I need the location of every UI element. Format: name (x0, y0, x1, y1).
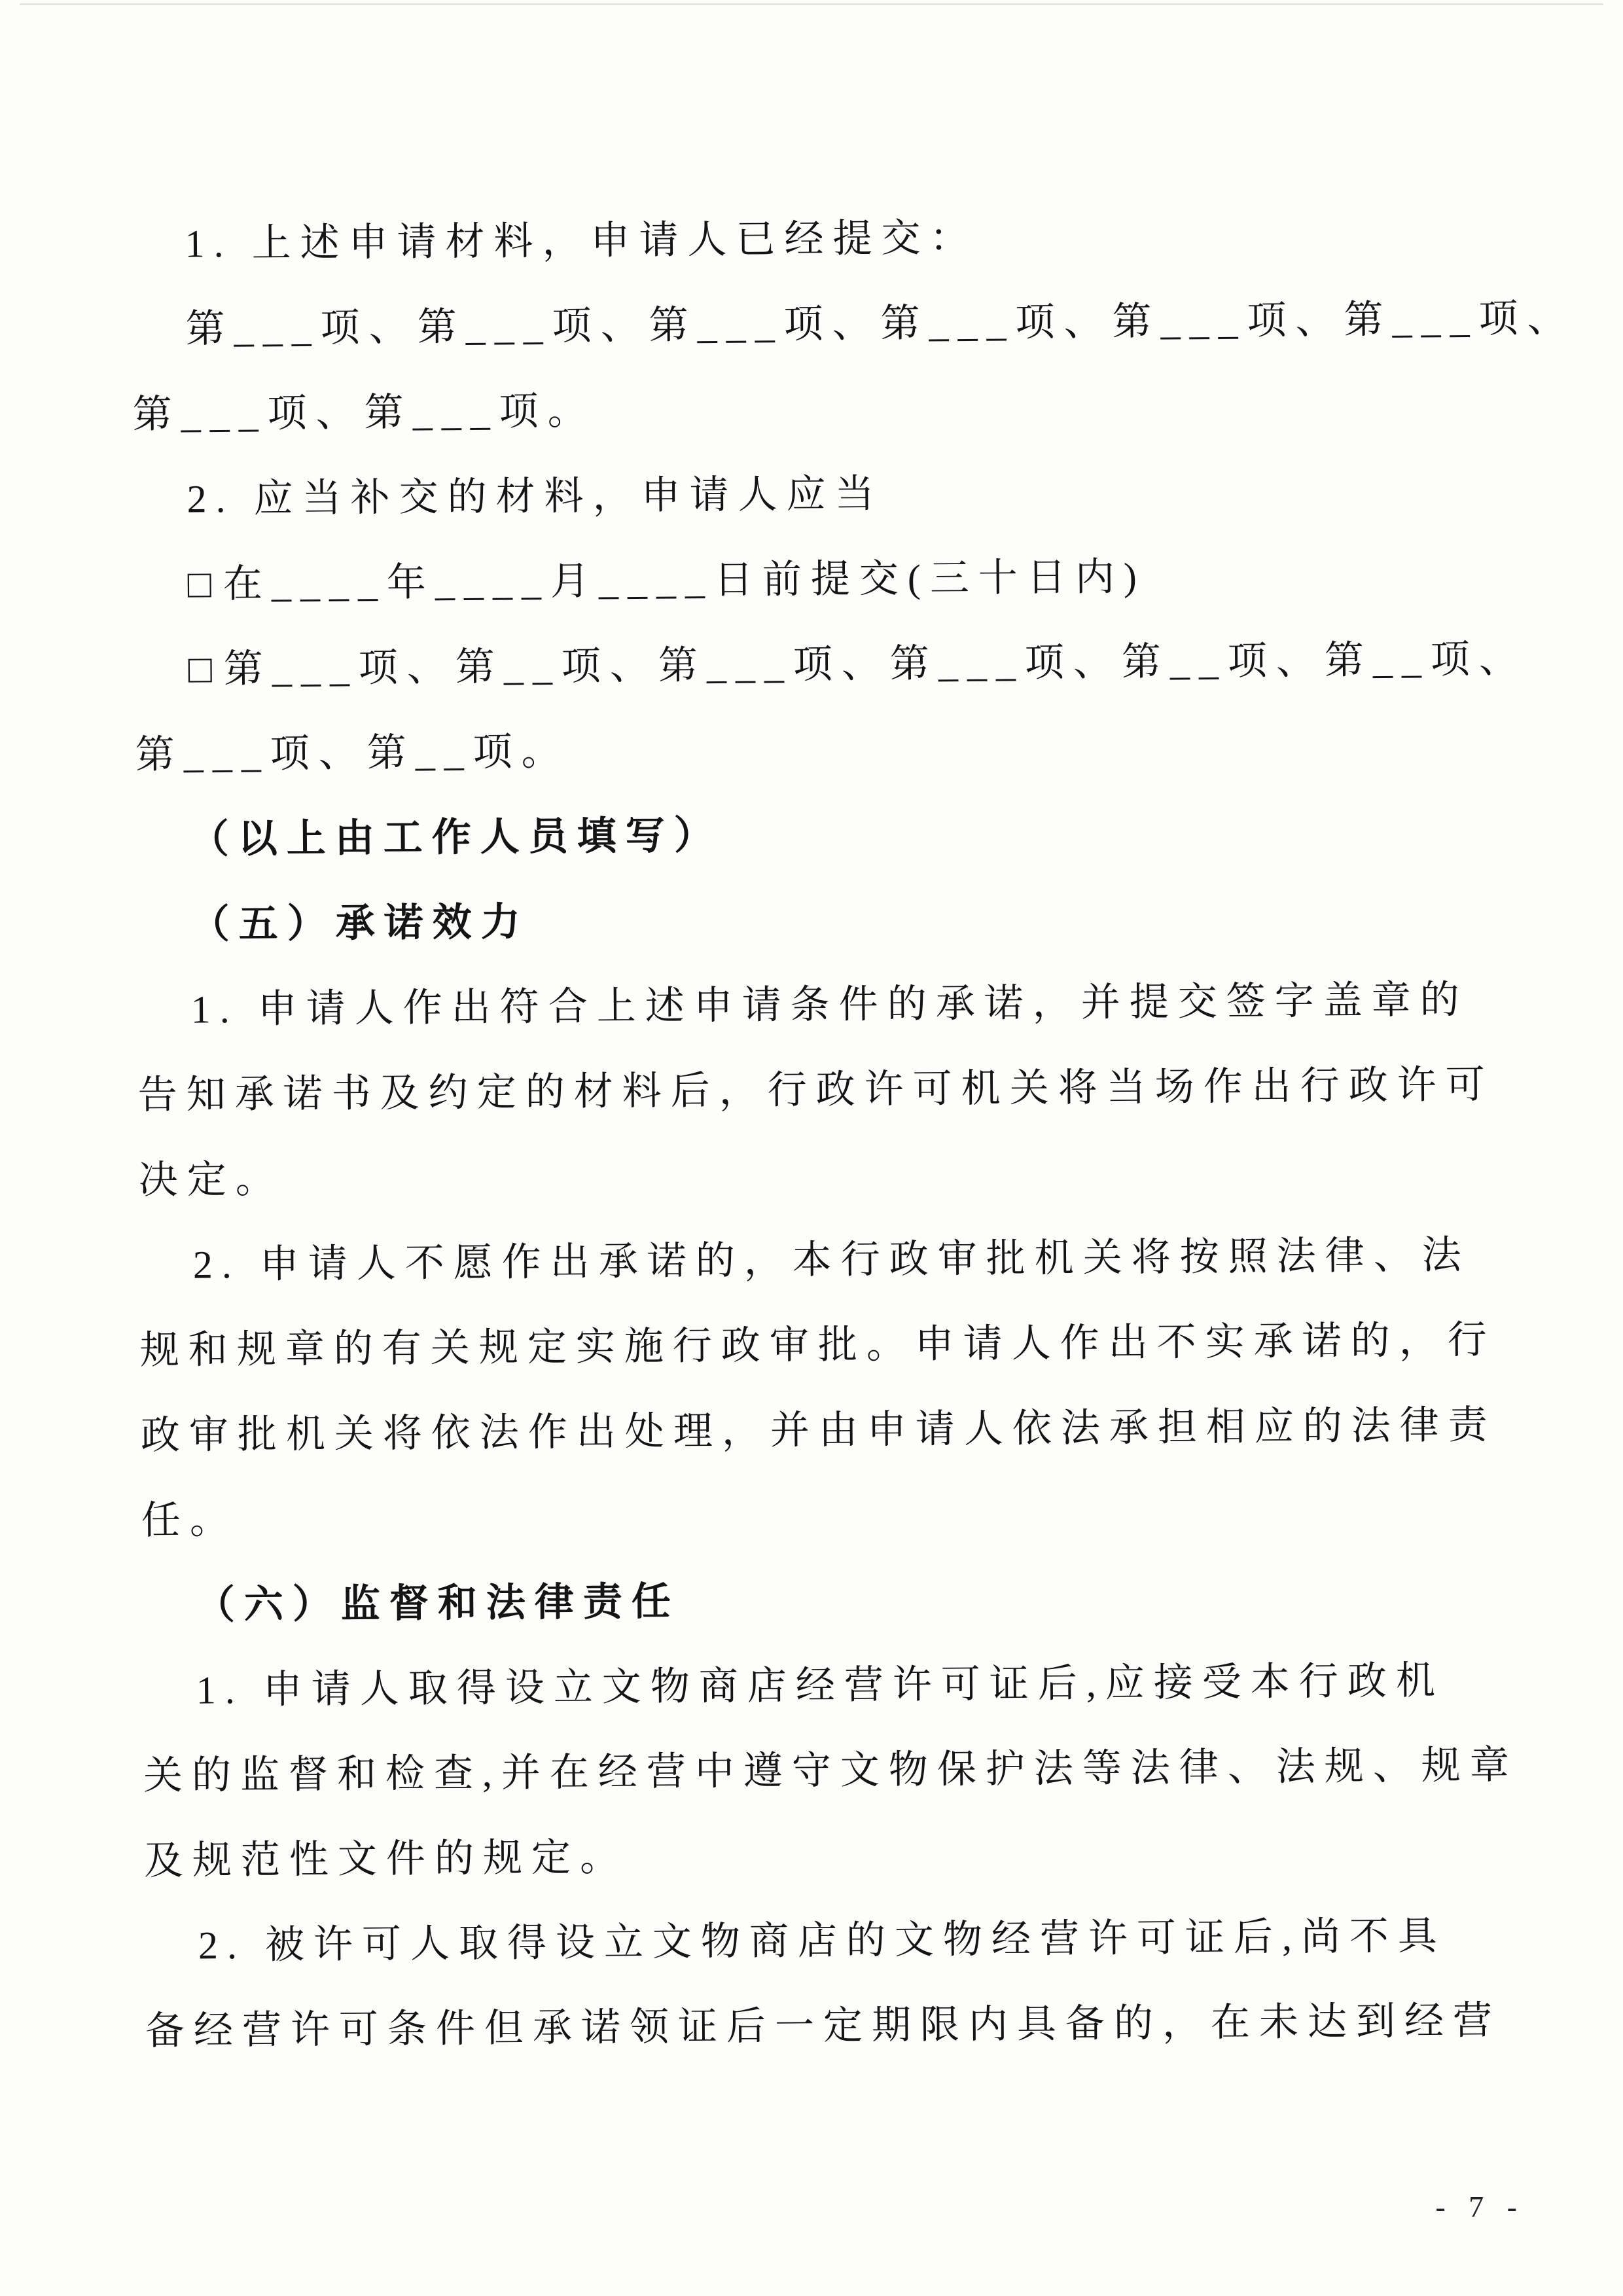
text-line: 政审批机关将依法作出处理，并由申请人依法承担相应的法律责 (140, 1382, 1522, 1479)
text-line: 1. 上述申请材料，申请人已经提交： (131, 191, 1512, 287)
line-text: 第___项、第__项、第___项、第___项、第__项、第__项、 (224, 637, 1527, 691)
text-line: □在____年____月____日前提交(三十日内) (134, 531, 1515, 628)
text-line: 2. 应当补交的材料，申请人应当 (133, 446, 1514, 543)
text-line: 2. 申请人不愿作出承诺的，本行政审批机关将按照法律、法 (139, 1212, 1520, 1308)
text-line: 第___项、第___项。 (132, 361, 1514, 457)
text-line: 关的监督和检查,并在经营中遵守文物保护法等法律、法规、规章 (143, 1723, 1524, 1819)
text-line: 第___项、第___项、第___项、第___项、第___项、第___项、 (132, 276, 1513, 372)
text-line: 及规范性文件的规定。 (143, 1808, 1525, 1904)
line-text: 在____年____月____日前提交(三十日内) (223, 555, 1146, 605)
page-number: - 7 - (1435, 2189, 1525, 2224)
document-body: 1. 上述申请材料，申请人已经提交：第___项、第___项、第___项、第___… (131, 191, 1526, 2073)
document-page: 1. 上述申请材料，申请人已经提交：第___项、第___项、第___项、第___… (0, 0, 1623, 2296)
checkbox-icon: □ (188, 626, 221, 711)
text-line: 第___项、第__项。 (135, 702, 1516, 798)
text-line: 1. 申请人作出符合上述申请条件的承诺，并提交签字盖章的 (137, 957, 1518, 1053)
text-line: 1. 申请人取得设立文物商店经营许可证后,应接受本行政机 (142, 1638, 1524, 1734)
text-line: 决定。 (138, 1127, 1520, 1223)
text-line: 任。 (141, 1467, 1522, 1564)
section-heading: （以上由工作人员填写） (135, 787, 1517, 883)
scan-artifact-line (20, 3, 1603, 5)
checkbox-icon: □ (187, 541, 221, 626)
section-heading: （六）监督和法律责任 (141, 1552, 1523, 1649)
text-line: □第___项、第__项、第___项、第___项、第__项、第__项、 (134, 617, 1516, 713)
section-heading: （五）承诺效力 (136, 872, 1518, 968)
text-line: 告知承诺书及约定的材料后，行政许可机关将当场作出行政许可 (137, 1042, 1519, 1138)
text-line: 备经营许可条件但承诺领证后一定期限内具备的，在未达到经营 (145, 1978, 1526, 2074)
text-line: 规和规章的有关规定实施行政审批。申请人作出不实承诺的，行 (139, 1297, 1521, 1393)
text-line: 2. 被许可人取得设立文物商店的文物经营许可证后,尚不具 (144, 1893, 1525, 1989)
